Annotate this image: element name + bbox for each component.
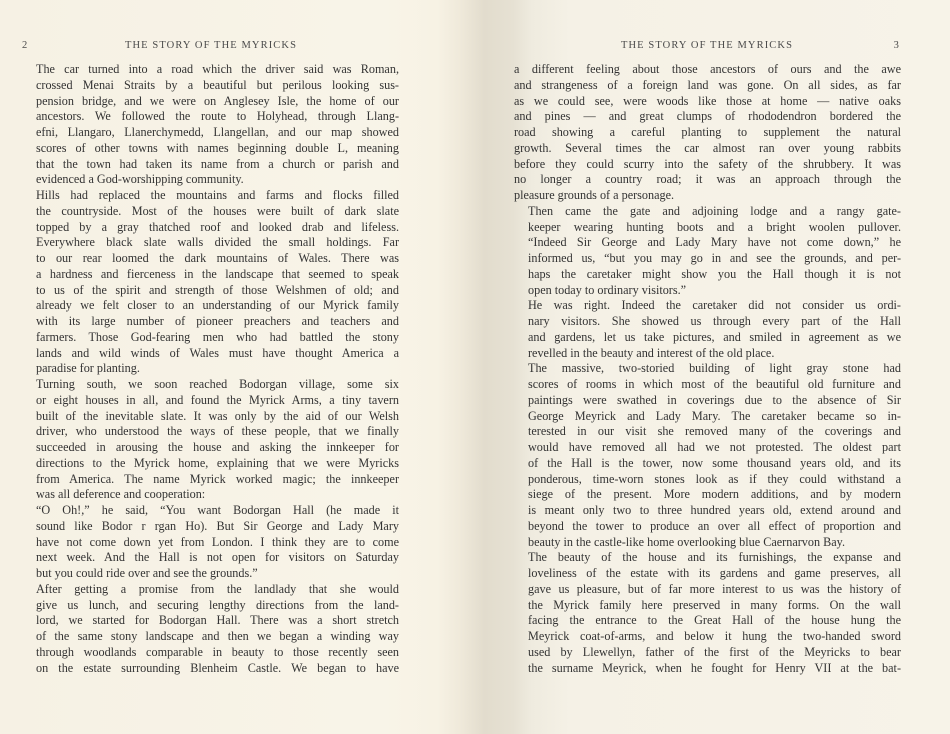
text-line: keeper wearing hunting boots and a brigh… bbox=[514, 220, 901, 236]
paragraph: The beauty of the house and its furnishi… bbox=[514, 550, 901, 676]
text-line: to our rear loomed the dark mountains of… bbox=[22, 251, 399, 267]
text-line: on the estate surrounding Blenheim Castl… bbox=[22, 661, 399, 677]
right-page: THE STORY OF THE MYRICKS 3 a different f… bbox=[452, 0, 950, 734]
text-line: ponderous, time-worn stones look as if t… bbox=[514, 472, 901, 488]
text-line: After getting a promise from the landlad… bbox=[22, 582, 399, 598]
text-line: The beauty of the house and its furnishi… bbox=[514, 550, 901, 566]
text-line: Turning south, we soon reached Bodorgan … bbox=[22, 377, 399, 393]
text-line: of the Hall is the tower, now some thous… bbox=[514, 456, 901, 472]
paragraph: Hills had replaced the mountains and far… bbox=[22, 188, 399, 377]
text-line: and gardens, let us take pictures, and s… bbox=[514, 330, 901, 346]
text-line: growth. Several times the car almost ran… bbox=[514, 141, 901, 157]
paragraph: He was right. Indeed the caretaker did n… bbox=[514, 298, 901, 361]
paragraph: Then came the gate and adjoining lodge a… bbox=[514, 204, 901, 299]
text-line: the surname Meyrick, when he fought for … bbox=[514, 661, 901, 677]
text-line: lands and wild winds of Wales must have … bbox=[22, 346, 399, 362]
text-line: informed us, “but you may go in and see … bbox=[514, 251, 901, 267]
text-line: give us lunch, and securing lengthy dire… bbox=[22, 598, 399, 614]
text-line: used by Llewellyn, father of the first o… bbox=[514, 645, 901, 661]
text-line: farmers. Those God-fearing men who had b… bbox=[22, 330, 399, 346]
text-line: facing the entrance to the Great Hall of… bbox=[514, 613, 901, 629]
text-line: revelled in the beauty and interest of t… bbox=[514, 346, 901, 362]
text-line: to us of the spirit and strength of thos… bbox=[22, 283, 399, 299]
text-line: Hills had replaced the mountains and far… bbox=[22, 188, 399, 204]
text-line: a different feeling about those ancestor… bbox=[514, 62, 901, 78]
text-line: next week. And the Hall is not open for … bbox=[22, 550, 399, 566]
paragraph: Turning south, we soon reached Bodorgan … bbox=[22, 377, 399, 503]
text-line: a hardness and fierceness in the landsca… bbox=[22, 267, 399, 283]
text-line: was all deference and cooperation: bbox=[22, 487, 399, 503]
text-line: from America. The name Myrick worked mag… bbox=[22, 472, 399, 488]
text-line: is meant only two to three hundred years… bbox=[514, 503, 901, 519]
text-line: beauty in the castle-like home overlooki… bbox=[514, 535, 901, 551]
text-line: George Meyrick and Lady Mary. The careta… bbox=[514, 409, 901, 425]
text-line: sound like Bodor r rgan Ho). But Sir Geo… bbox=[22, 519, 399, 535]
text-line: The car turned into a road which the dri… bbox=[22, 62, 399, 78]
text-line: The massive, two-storied building of lig… bbox=[514, 361, 901, 377]
text-line: topped by a gray thatched roof and looke… bbox=[22, 220, 399, 236]
text-line: would have removed all had we not protes… bbox=[514, 440, 901, 456]
text-line: pension bridge, and we were on Anglesey … bbox=[22, 94, 399, 110]
text-line: Everywhere black slate walls divided the… bbox=[22, 235, 399, 251]
text-line: and pines — and great clumps of rhododen… bbox=[514, 109, 901, 125]
text-line: the countryside. Most of the houses were… bbox=[22, 204, 399, 220]
text-line: evidenced a God-worshipping community. bbox=[22, 172, 399, 188]
text-line: paradise for planting. bbox=[22, 361, 399, 377]
text-line: of the same stony landscape and then we … bbox=[22, 629, 399, 645]
text-line: loveliness of the estate with its garden… bbox=[514, 566, 901, 582]
text-line: nary visitors. She showed us through eve… bbox=[514, 314, 901, 330]
text-line: but you could ride over and see the grou… bbox=[22, 566, 399, 582]
paragraph: The massive, two-storied building of lig… bbox=[514, 361, 901, 550]
running-title: THE STORY OF THE MYRICKS bbox=[514, 40, 900, 51]
paragraph: After getting a promise from the landlad… bbox=[22, 582, 399, 677]
text-line: pleasure grounds of a personage. bbox=[514, 188, 901, 204]
body-text-right: a different feeling about those ancestor… bbox=[514, 62, 901, 676]
text-line: open today to ordinary visitors.” bbox=[514, 283, 901, 299]
text-line: scores of rooms in which most of the bea… bbox=[514, 377, 901, 393]
text-line: scores of other towns with names beginni… bbox=[22, 141, 399, 157]
body-text-left: The car turned into a road which the dri… bbox=[22, 62, 399, 676]
text-line: He was right. Indeed the caretaker did n… bbox=[514, 298, 901, 314]
text-line: siege of the present. More modern additi… bbox=[514, 487, 901, 503]
page-number: 3 bbox=[894, 40, 900, 51]
text-line: terested in our visit she removed many o… bbox=[514, 424, 901, 440]
paragraph: a different feeling about those ancestor… bbox=[514, 62, 901, 204]
paragraph: “O Oh!,” he said, “You want Bodorgan Hal… bbox=[22, 503, 399, 582]
text-line: lord, we started for Bodorgan Hall. Ther… bbox=[22, 613, 399, 629]
text-line: “Indeed Sir George and Lady Mary have no… bbox=[514, 235, 901, 251]
text-line: Then came the gate and adjoining lodge a… bbox=[514, 204, 901, 220]
text-line: ancestors. We followed the route to Holy… bbox=[22, 109, 399, 125]
text-line: road showing a careful planting to suppl… bbox=[514, 125, 901, 141]
text-line: gave us pleasure, but of far more intere… bbox=[514, 582, 901, 598]
running-title: THE STORY OF THE MYRICKS bbox=[22, 40, 400, 51]
text-line: succeeded in arousing the house and aski… bbox=[22, 440, 399, 456]
left-page: 2 THE STORY OF THE MYRICKS The car turne… bbox=[0, 0, 452, 734]
text-line: through woodlands comparable in beauty t… bbox=[22, 645, 399, 661]
text-line: that the town had taken its name from a … bbox=[22, 157, 399, 173]
text-line: paintings were swathed in coverings due … bbox=[514, 393, 901, 409]
text-line: and strangeness of a foreign land was go… bbox=[514, 78, 901, 94]
text-line: efni, Llangaro, Llanerchymedd, Llangella… bbox=[22, 125, 399, 141]
text-line: driver, who understood the ways of these… bbox=[22, 424, 399, 440]
text-line: with its large number of pioneer preache… bbox=[22, 314, 399, 330]
book-spread: 2 THE STORY OF THE MYRICKS The car turne… bbox=[0, 0, 950, 734]
text-line: “O Oh!,” he said, “You want Bodorgan Hal… bbox=[22, 503, 399, 519]
text-line: built of the inevitable slate. It was on… bbox=[22, 409, 399, 425]
text-line: already we felt closer to an understandi… bbox=[22, 298, 399, 314]
text-line: no longer a country road; it was an appr… bbox=[514, 172, 901, 188]
text-line: haps the caretaker might show you the Ha… bbox=[514, 267, 901, 283]
text-line: before they could scurry into the safety… bbox=[514, 157, 901, 173]
text-line: as we could see, were woods like those a… bbox=[514, 94, 901, 110]
text-line: the Myrick family here preserved in many… bbox=[514, 598, 901, 614]
paragraph: The car turned into a road which the dri… bbox=[22, 62, 399, 188]
text-line: Meyrick coat-of-arms, and below it hung … bbox=[514, 629, 901, 645]
text-line: crossed Menai Straits by a beautiful but… bbox=[22, 78, 399, 94]
text-line: have not come down yet from London. I th… bbox=[22, 535, 399, 551]
text-line: directions to the Myrick home, explainin… bbox=[22, 456, 399, 472]
text-line: or eight houses in all, and found the My… bbox=[22, 393, 399, 409]
text-line: beyond the tower to produce an over all … bbox=[514, 519, 901, 535]
